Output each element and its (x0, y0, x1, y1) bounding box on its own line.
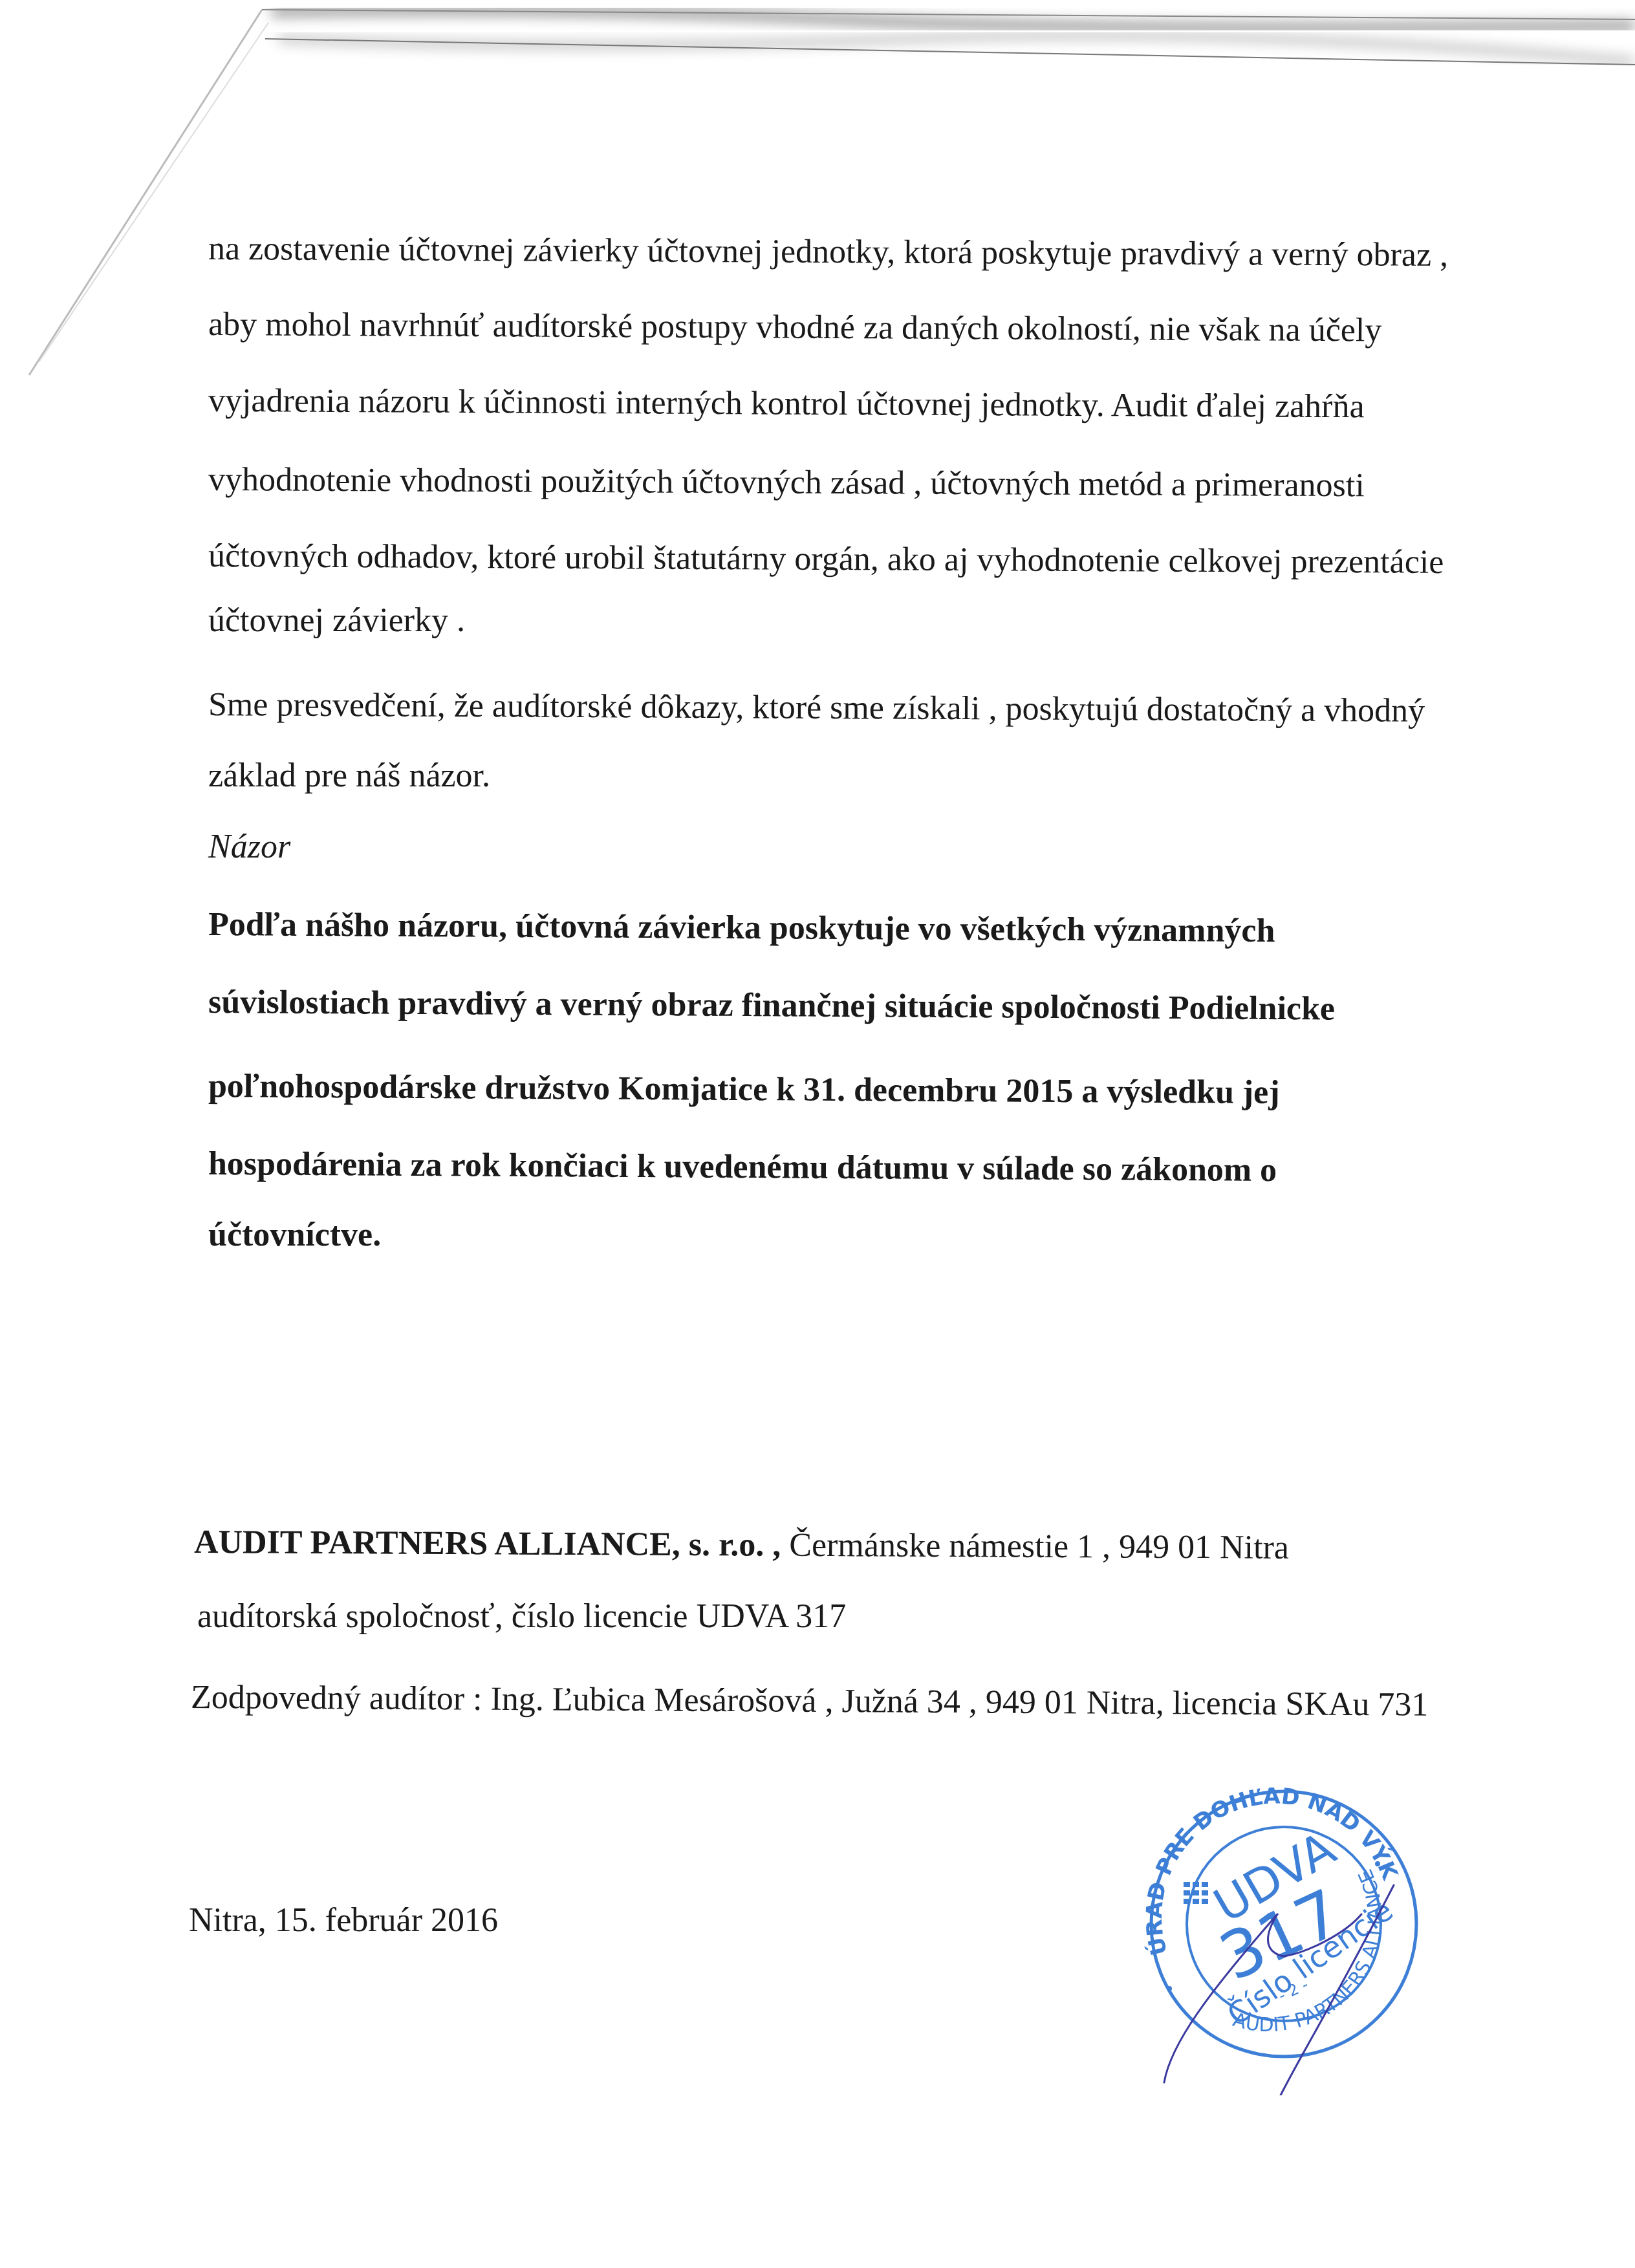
udva-logo-icon (1184, 1882, 1208, 1904)
paragraph-line: vyjadrenia názoru k účinnosti interných … (208, 382, 1437, 427)
paragraph-line: na zostavenie účtovnej závierky účtovnej… (208, 230, 1437, 275)
license-line: audítorská spoločnosť, číslo licencie UD… (197, 1597, 1426, 1636)
paragraph-line: Sme presvedčení, že audítorské dôkazy, k… (208, 686, 1437, 731)
paragraph-line: účtovných odhadov, ktoré urobil štatutár… (208, 537, 1437, 582)
opinion-line: súvislostiach pravdivý a verný obraz fin… (208, 983, 1424, 1029)
opinion-line: Podľa nášho názoru, účtovná závierka pos… (208, 905, 1424, 951)
paragraph-line: aby mohol navrhnúť audítorské postupy vh… (208, 305, 1437, 351)
opinion-heading: Názor (208, 828, 1437, 867)
company-name: AUDIT PARTNERS ALLIANCE, s. r.o. , (194, 1524, 781, 1564)
company-address: Čermánske námestie 1 , 949 01 Nitra (781, 1527, 1289, 1566)
responsible-auditor-line: Zodpovedný audítor : Ing. Ľubica Mesároš… (191, 1678, 1420, 1725)
auditor-company-line: AUDIT PARTNERS ALLIANCE, s. r.o. , Čermá… (194, 1523, 1423, 1568)
opinion-line: poľnohospodárske družstvo Komjatice k 31… (208, 1067, 1424, 1113)
paragraph-line: účtovnej závierky . (208, 601, 1437, 640)
paragraph-line: vyhodnotenie vhodnosti použitých účtovný… (208, 460, 1437, 506)
opinion-line: hospodárenia za rok končiaci k uvedenému… (208, 1145, 1424, 1191)
official-stamp: ÚRAD PRE DOHĽAD NAD VÝKONOM AUDITU AUDIT… (1112, 1759, 1436, 2095)
paragraph-line: základ pre náš názor. (208, 757, 1437, 795)
opinion-line: účtovníctve. (208, 1216, 1437, 1255)
